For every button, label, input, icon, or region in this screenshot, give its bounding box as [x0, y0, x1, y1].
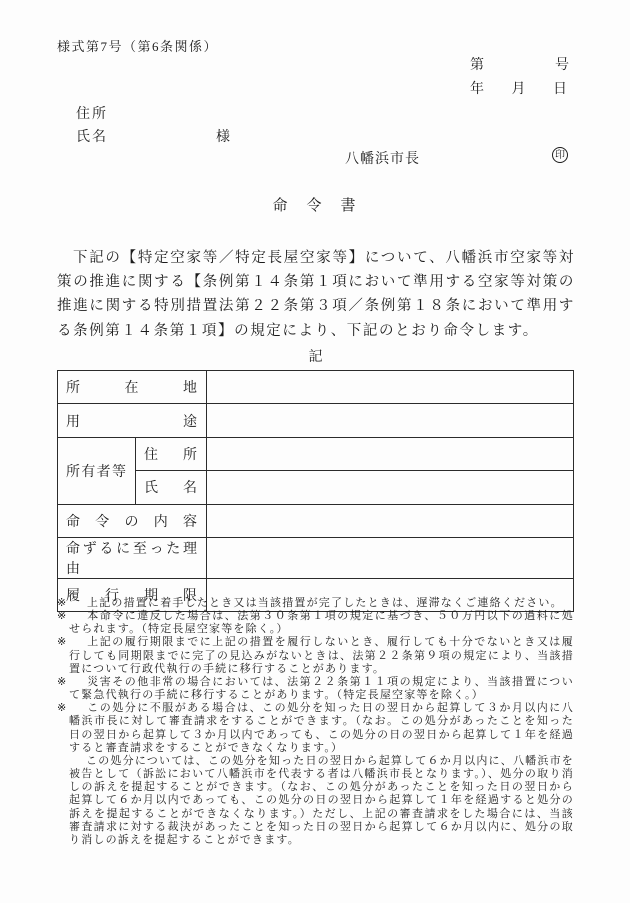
- cell-use-value: [207, 404, 574, 437]
- table-row: 所有者等 住所: [58, 437, 574, 470]
- doc-number-prefix: 第: [470, 54, 484, 74]
- issuer-name: 八幡浜市長: [345, 148, 420, 168]
- doc-number-suffix: 号: [555, 54, 569, 74]
- document-page: 様式第7号（第6条関係） 第 号 年 月 日 住所 氏名 様 八幡浜市長 印 命…: [0, 0, 630, 903]
- cell-reason-label: 命ずるに至った理由: [58, 537, 207, 578]
- cell-owner-name-label: 氏名: [136, 471, 207, 504]
- note-text: 上記の履行期限までに上記の措置を履行しないとき、履行しても十分でないとき又は履行…: [69, 636, 574, 674]
- cell-location-value: [207, 371, 574, 404]
- note-item: ※災害その他非常の場合においては、法第２２条第１１項の規定により、当該措置につい…: [57, 676, 574, 702]
- table-row: 命令の内容: [58, 504, 574, 537]
- cell-owner-name-value: [207, 471, 574, 504]
- note-item: ※この処分に不服がある場合は、この処分を知った日の翌日から起算して３か月以内に八…: [57, 702, 574, 755]
- addressee-address-label: 住所: [76, 103, 108, 123]
- page-title: 命 令 書: [0, 194, 630, 215]
- form-number: 様式第7号（第6条関係）: [57, 36, 218, 55]
- doc-date-line: 年 月 日: [470, 78, 567, 98]
- cell-order-content-label: 命令の内容: [58, 504, 207, 537]
- table-row: 用途: [58, 404, 574, 437]
- table-row: 氏名: [58, 471, 574, 504]
- doc-number-line: 第 号: [470, 54, 569, 74]
- cell-reason-value: [207, 537, 574, 578]
- date-month-label: 月: [512, 78, 526, 98]
- honorific-label: 様: [216, 126, 230, 146]
- table-row: 所在地: [58, 371, 574, 404]
- note-marker: ※: [57, 676, 87, 689]
- cell-use-label: 用途: [58, 404, 207, 437]
- date-day-label: 日: [553, 78, 567, 98]
- cell-location-label: 所在地: [58, 371, 207, 404]
- note-continuation-paragraph: この処分については、この処分を知った日の翌日から起算して６か月以内に、八幡浜市を…: [57, 755, 574, 847]
- footnotes: ※上記の措置に着手したとき又は当該措置が完了したときは、遅滞なくご連絡ください。…: [57, 597, 574, 847]
- note-text: この処分に不服がある場合は、この処分を知った日の翌日から起算して３か月以内に八幡…: [69, 702, 574, 753]
- record-heading: 記: [57, 346, 574, 366]
- note-item: ※上記の履行期限までに上記の措置を履行しないとき、履行しても十分でないとき又は履…: [57, 636, 574, 675]
- note-text: 本命令に違反した場合は、法第３０条第１項の規定に基づき、５０万円以下の過料に処せ…: [69, 610, 574, 635]
- note-marker: ※: [57, 636, 87, 649]
- note-marker: ※: [57, 610, 87, 623]
- note-marker: ※: [57, 702, 87, 715]
- note-marker: ※: [57, 597, 87, 610]
- cell-owner-address-label: 住所: [136, 437, 207, 470]
- seal-icon: 印: [552, 147, 568, 163]
- note-text: 上記の措置に着手したとき又は当該措置が完了したときは、遅滞なくご連絡ください。: [87, 597, 563, 609]
- note-item: ※本命令に違反した場合は、法第３０条第１項の規定に基づき、５０万円以下の過料に処…: [57, 610, 574, 636]
- cell-order-content-value: [207, 504, 574, 537]
- note-text: 災害その他非常の場合においては、法第２２条第１１項の規定により、当該措置について…: [69, 676, 574, 701]
- date-year-label: 年: [470, 78, 484, 98]
- cell-owner-address-value: [207, 437, 574, 470]
- addressee-name-label: 氏名: [76, 126, 108, 146]
- cell-owner-label: 所有者等: [58, 437, 136, 504]
- note-item: ※上記の措置に着手したとき又は当該措置が完了したときは、遅滞なくご連絡ください。: [57, 597, 574, 610]
- order-body-paragraph: 下記の【特定空家等／特定長屋空家等】について、八幡浜市空家等対策の推進に関する【…: [57, 246, 575, 344]
- table-row: 命ずるに至った理由: [58, 537, 574, 578]
- order-detail-table: 所在地 用途 所有者等 住所 氏名 命令の内容 命ずるに至った理由 履行期限: [57, 370, 574, 612]
